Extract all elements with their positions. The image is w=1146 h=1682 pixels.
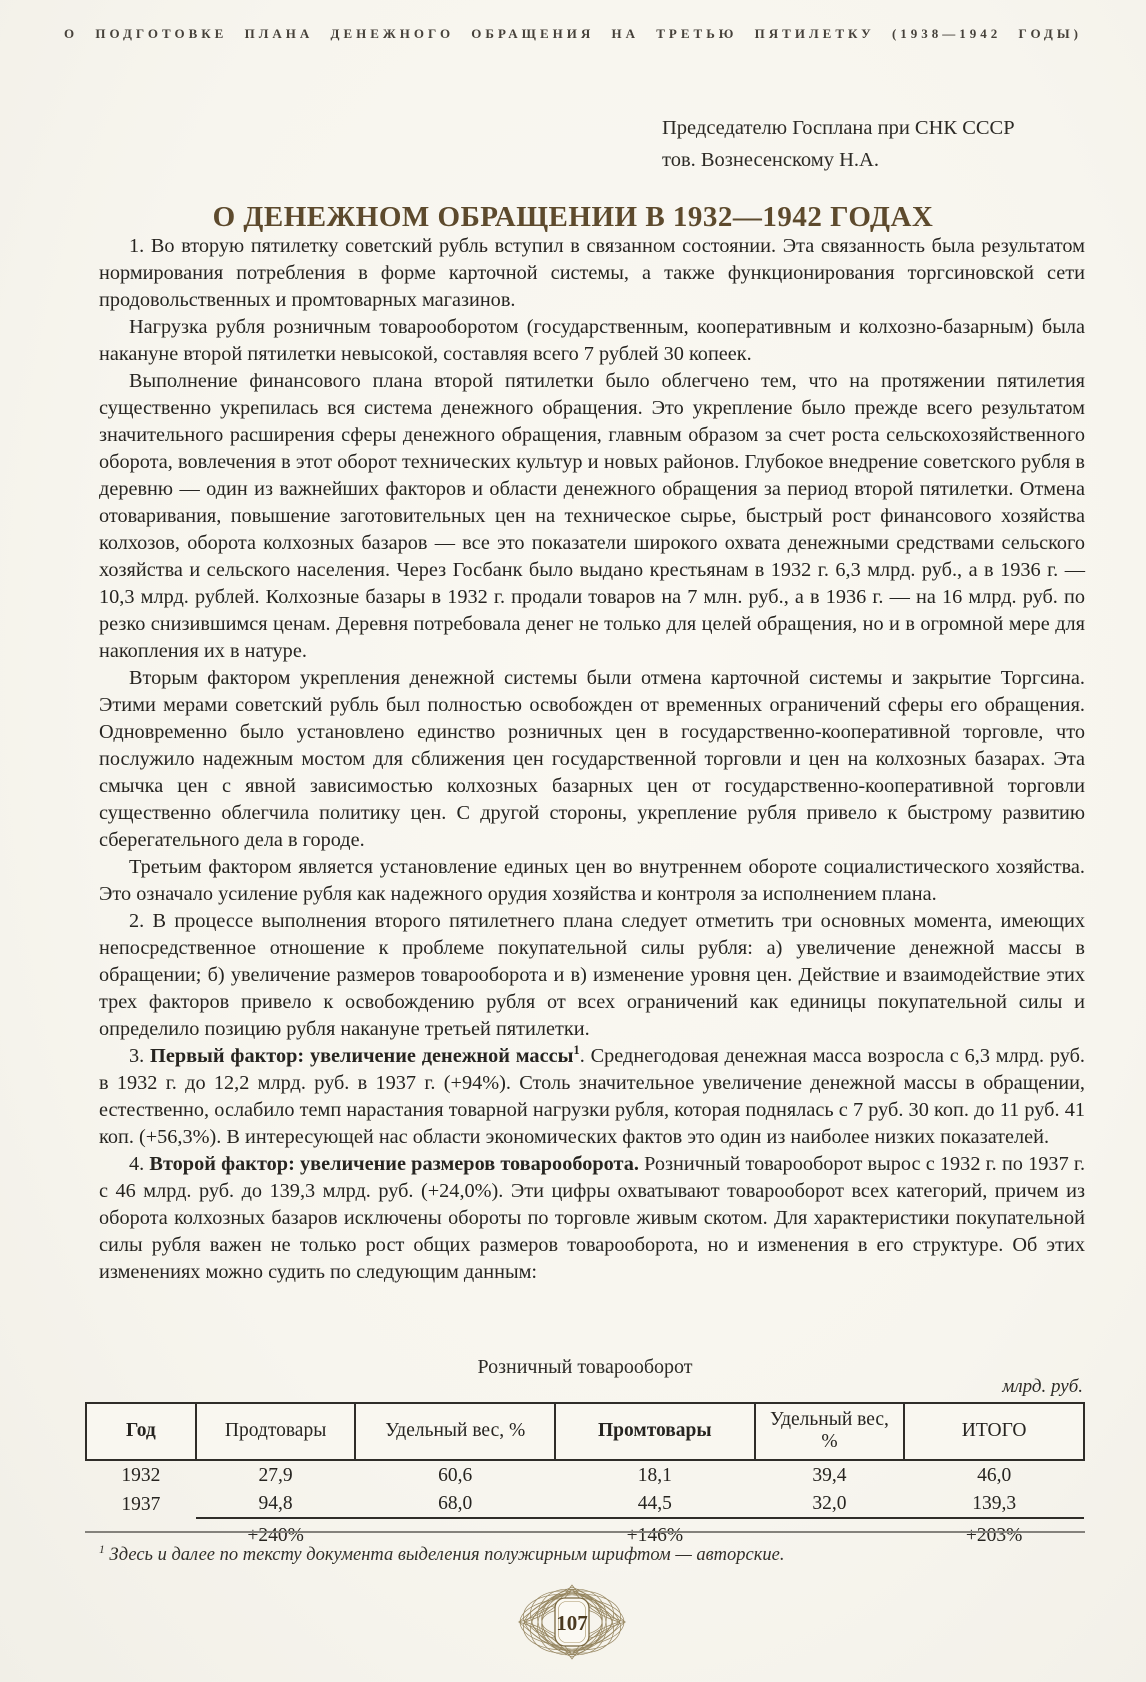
- cell-value: 18,1: [555, 1460, 755, 1489]
- cell-value: 94,8: [196, 1489, 356, 1518]
- paragraph-6: 2. В процессе выполнения второго пятилет…: [99, 908, 1085, 1043]
- paragraph-text: 4.: [129, 1153, 149, 1175]
- paragraph-2: Нагрузка рубля розничным товарооборотом …: [99, 314, 1085, 368]
- addressee-block: Председателю Госплана при СНК СССР тов. …: [662, 112, 1015, 176]
- guilloche-rosette-icon: 107: [513, 1584, 631, 1660]
- column-header-year: Год: [86, 1403, 196, 1460]
- page-title: О ДЕНЕЖНОМ ОБРАЩЕНИИ В 1932—1942 ГОДАХ: [0, 201, 1146, 234]
- paragraph-text: 2. В процессе выполнения второго пятилет…: [99, 910, 1085, 1040]
- paragraph-text: 1. Во вторую пятилетку советский рубль в…: [99, 235, 1085, 311]
- table-row: 1937 94,8 68,0 44,5 32,0 139,3: [86, 1489, 1084, 1518]
- page-number-ornament: 107: [513, 1584, 631, 1665]
- cell-value: 60,6: [355, 1460, 555, 1489]
- addressee-line-2: тов. Вознесенскому Н.А.: [662, 144, 1015, 176]
- table-row: 1932 27,9 60,6 18,1 39,4 46,0: [86, 1460, 1084, 1489]
- table-caption: Розничный товарооборот млрд. руб.: [85, 1356, 1085, 1398]
- bold-emphasis: Второй фактор: увеличение размеров товар…: [149, 1153, 639, 1175]
- cell-value: 39,4: [755, 1460, 905, 1489]
- table-units: млрд. руб.: [1002, 1376, 1083, 1398]
- paragraph-4: Вторым фактором укрепления денежной сист…: [99, 665, 1085, 854]
- paragraph-1: 1. Во вторую пятилетку советский рубль в…: [99, 233, 1085, 314]
- column-header-manufactured: Промтовары: [555, 1403, 755, 1460]
- body-text: 1. Во вторую пятилетку советский рубль в…: [99, 233, 1085, 1286]
- column-header-manufactured-share: Удельный вес, %: [755, 1403, 905, 1460]
- page-number: 107: [556, 1611, 588, 1635]
- cell-year: 1932: [86, 1460, 196, 1489]
- cell-value: 44,5: [555, 1489, 755, 1518]
- footnote-text: Здесь и далее по тексту документа выделе…: [105, 1545, 785, 1565]
- footnote-separator: [85, 1531, 1085, 1533]
- paragraph-3: Выполнение финансового плана второй пяти…: [99, 368, 1085, 665]
- bold-emphasis: Первый фактор: увеличение денежной массы: [150, 1045, 573, 1067]
- paragraph-8: 4. Второй фактор: увеличение размеров то…: [99, 1151, 1085, 1286]
- paragraph-7: 3. Первый фактор: увеличение денежной ма…: [99, 1043, 1085, 1151]
- column-header-food: Продтовары: [196, 1403, 356, 1460]
- running-header: О ПОДГОТОВКЕ ПЛАНА ДЕНЕЖНОГО ОБРАЩЕНИЯ Н…: [0, 26, 1146, 42]
- column-header-food-share: Удельный вес, %: [355, 1403, 555, 1460]
- paragraph-text: 3.: [129, 1045, 150, 1067]
- paragraph-text: Нагрузка рубля розничным товарооборотом …: [99, 316, 1085, 365]
- retail-turnover-table-block: Розничный товарооборот млрд. руб. Год Пр…: [85, 1356, 1085, 1555]
- addressee-line-1: Председателю Госплана при СНК СССР: [662, 112, 1015, 144]
- cell-value: 139,3: [904, 1489, 1084, 1518]
- table-header-row: Год Продтовары Удельный вес, % Промтовар…: [86, 1403, 1084, 1460]
- cell-value: 27,9: [196, 1460, 356, 1489]
- cell-year: 1937: [86, 1489, 196, 1518]
- cell-value: 68,0: [355, 1489, 555, 1518]
- cell-value: 46,0: [904, 1460, 1084, 1489]
- paragraph-text: Выполнение финансового плана второй пяти…: [99, 370, 1085, 662]
- table-title: Розничный товарооборот: [85, 1356, 1085, 1379]
- paragraph-text: Третьим фактором является установление е…: [99, 856, 1085, 905]
- document-page: О ПОДГОТОВКЕ ПЛАНА ДЕНЕЖНОГО ОБРАЩЕНИЯ Н…: [0, 0, 1146, 1682]
- footnote: 1 Здесь и далее по тексту документа выде…: [99, 1545, 1085, 1566]
- paragraph-text: Вторым фактором укрепления денежной сист…: [99, 667, 1085, 851]
- cell-value: 32,0: [755, 1489, 905, 1518]
- column-header-total: ИТОГО: [904, 1403, 1084, 1460]
- paragraph-5: Третьим фактором является установление е…: [99, 854, 1085, 908]
